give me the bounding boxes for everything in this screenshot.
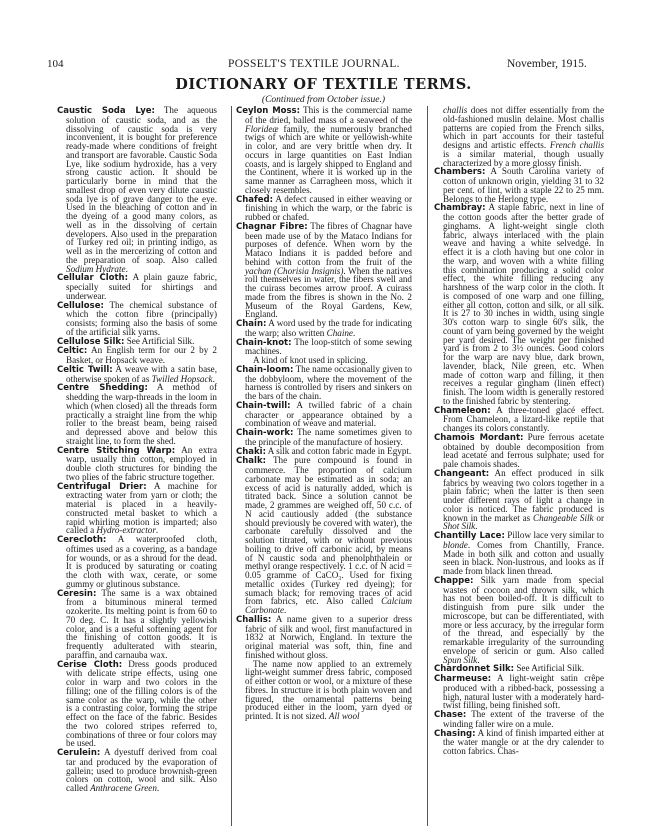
entry-definition: A method of shedding the warp-threads in… (66, 382, 217, 446)
entry-paragraph: challis does not differ essentially from… (434, 106, 604, 167)
dictionary-entry: Chain-knot: The loop-stitch of some sewi… (236, 338, 412, 357)
dictionary-entry: Cellular Cloth: A plain gauze fabric, sp… (57, 273, 217, 300)
dictionary-entry: Charmeuse: A light-weight satin crêpe pr… (434, 674, 604, 710)
dictionary-entry: Challis: A name given to a superior dres… (236, 615, 412, 660)
entry-paragraph: The name now applied to an extremely lig… (236, 660, 412, 721)
dictionary-entry: Chamois Mordant: Pure ferrous acetate ob… (434, 433, 604, 469)
entry-definition: See Artificial Silk. (124, 336, 194, 346)
dictionary-entry: Changeant: An effect produced in silk fa… (434, 469, 604, 531)
column-divider (427, 106, 428, 826)
entry-definition: Dress goods produced with delicate strip… (66, 659, 217, 749)
dictionary-entry: Centre Stitching Warp: An extra warp, us… (57, 446, 217, 482)
entry-definition: The pure compound is found in commerce. … (245, 455, 412, 606)
dictionary-entry: Cerulein: A dyestuff derived from coal t… (57, 748, 217, 793)
article-subtitle: (Continued from October issue.) (0, 95, 647, 105)
journal-title: POSSELT'S TEXTILE JOURNAL. (228, 58, 400, 70)
entry-definition: The same is a wax obtained from a bitumi… (66, 588, 217, 660)
entry-definition: Silk yarn made from special wastes of co… (443, 575, 604, 656)
entry-definition: Pillow lace very similar to (505, 530, 604, 540)
dictionary-entry: Centre Shedding: A method of shedding th… (57, 383, 217, 445)
dictionary-entry: Chameleon: A three-toned glacé effect. F… (434, 406, 604, 433)
dictionary-entry: Chambray: A staple fabric, next in line … (434, 203, 604, 405)
issue-date: November, 1915. (507, 58, 587, 70)
article-title: DICTIONARY OF TEXTILE TERMS. (0, 76, 647, 93)
dictionary-entry: Cerise Cloth: Dress goods produced with … (57, 660, 217, 749)
dictionary-entry: Centrifugal Drier: A machine for extract… (57, 482, 217, 536)
dictionary-entry: Chambers: A South Carolina variety of co… (434, 167, 604, 203)
entry-definition: is a similar material, though usually ch… (443, 149, 604, 168)
dictionary-entry: Chafed: A defect caused in either weavin… (236, 195, 412, 222)
entry-italic: Anthracene Green (90, 783, 157, 793)
column-3: challis does not differ essentially from… (434, 106, 604, 756)
dictionary-entry: Chain: A word used by the trade for indi… (236, 319, 412, 338)
column-2: Ceylon Moss: This is the commercial name… (236, 106, 412, 721)
entry-definition: . (475, 521, 477, 531)
entry-definition: or (594, 513, 604, 523)
entry-definition: The aqueous solution of caustic soda, an… (66, 105, 217, 265)
entry-definition: . (157, 783, 159, 793)
entry-definition: . Comes from Chantilly, France. Made in … (443, 540, 604, 576)
dictionary-entry: Ceresin: The same is a wax obtained from… (57, 589, 217, 660)
dictionary-entry: Chasing: A kind of finish imparted eithe… (434, 729, 604, 756)
entry-definition: . (477, 655, 479, 665)
dictionary-entry: Chalk: The pure compound is found in com… (236, 456, 412, 615)
entry-italic: Spun Silk (443, 655, 477, 665)
entry-definition: A staple fabric, next in line of the cot… (443, 202, 604, 406)
dictionary-entry: Chain-work: The name sometimes given to … (236, 428, 412, 447)
entry-definition: family, the numerously branched twigs of… (245, 124, 412, 195)
dictionary-entry: Chagnar Fibre: The fibres of Chagnar hav… (236, 222, 412, 319)
dictionary-entry: Chain-twill: A twilled fabric of a chain… (236, 401, 412, 428)
entry-definition: A silk and cotton fabric made in Egypt. (266, 446, 411, 456)
entry-definition: See Artificial Silk. (514, 663, 584, 673)
dictionary-entry: Celtic: An English term for our 2 by 2 B… (57, 346, 217, 365)
entry-term: Chaki: (236, 447, 266, 457)
dictionary-entry: Cerecloth: A waterproofed cloth, oftimes… (57, 535, 217, 589)
dictionary-entry: Chappe: Silk yarn made from special wast… (434, 576, 604, 665)
dictionary-entry: Ceylon Moss: This is the commercial name… (236, 106, 412, 195)
dictionary-entry: Cellulose: The chemical substance of whi… (57, 301, 217, 337)
entry-italic: Changeable Silk (533, 513, 594, 523)
dictionary-entry: Chase: The extent of the traverse of the… (434, 710, 604, 729)
page-number: 104 (47, 58, 64, 70)
entry-definition: A name given to a superior dress fabric … (245, 614, 412, 660)
entry-italic: All wool (329, 711, 360, 721)
running-header: 104 POSSELT'S TEXTILE JOURNAL. November,… (47, 58, 472, 74)
entry-italic: Shot Silk (443, 521, 475, 531)
column-1: Caustic Soda Lye: The aqueous solution o… (57, 106, 217, 793)
entry-definition: . When the natives roll themselves in wa… (245, 266, 412, 320)
dictionary-entry: Chantilly Lace: Pillow lace very similar… (434, 531, 604, 576)
dictionary-entry: Caustic Soda Lye: The aqueous solution o… (57, 106, 217, 273)
entry-definition: The extent of the traverse of the windin… (443, 709, 604, 729)
entry-italic: Sodium Hydrate (66, 264, 126, 274)
dictionary-entry: Chain-loom: The name occasionally given … (236, 365, 412, 401)
entry-definition: An English term for our 2 by 2 Basket, o… (66, 345, 217, 365)
dictionary-entry: Celtic Twill: A weave with a satin base,… (57, 365, 217, 384)
column-divider (231, 106, 232, 826)
